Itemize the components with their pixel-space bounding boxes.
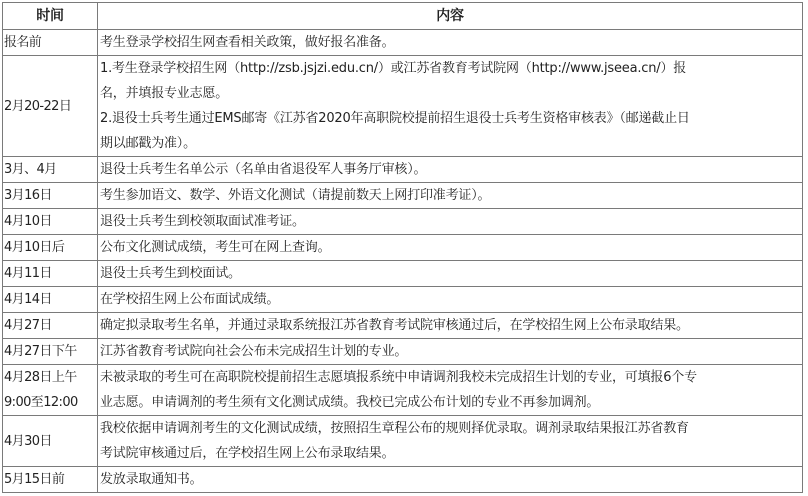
time-text: 9:00至12:00: [4, 390, 95, 415]
row-time: 4月27日: [3, 313, 98, 339]
row-content: 考生登录学校招生网查看相关政策，做好报名准备。: [98, 30, 803, 56]
table-row: 2月20-22日 1.考生登录学校招生网（http://zsb.jsjzi.ed…: [3, 56, 803, 157]
content-text: 退役士兵考生名单公示（名单由省退役军人事务厅审核）。: [100, 157, 800, 182]
admission-schedule-table: 时间 内容 报名前 考生登录学校招生网查看相关政策，做好报名准备。 2月20-2…: [2, 2, 803, 493]
table-row: 4月14日 在学校招生网上公布面试成绩。: [3, 287, 803, 313]
content-text: 公布文化测试成绩，考生可在网上查询。: [100, 235, 800, 260]
content-text: 期以邮戳为准）。: [100, 131, 800, 156]
header-time: 时间: [3, 3, 98, 30]
row-time: 4月10日后: [3, 235, 98, 261]
time-text: 4月10日: [4, 209, 95, 234]
content-text: 考生登录学校招生网查看相关政策，做好报名准备。: [100, 30, 800, 55]
content-text: 2.退役士兵考生通过EMS邮寄《江苏省2020年高职院校提前招生退役士兵考生资格…: [100, 106, 800, 131]
row-time: 5月15日前: [3, 467, 98, 493]
content-text: 退役士兵考生到校面试。: [100, 261, 800, 286]
table-row: 4月11日 退役士兵考生到校面试。: [3, 261, 803, 287]
row-content: 确定拟录取考生名单，并通过录取系统报江苏省教育考试院审核通过后，在学校招生网上公…: [98, 313, 803, 339]
content-text: 1.考生登录学校招生网（http://zsb.jsjzi.edu.cn/）或江苏…: [100, 56, 800, 81]
time-text: 报名前: [4, 30, 95, 55]
content-text: 在学校招生网上公布面试成绩。: [100, 287, 800, 312]
table-row: 4月10日后 公布文化测试成绩，考生可在网上查询。: [3, 235, 803, 261]
content-text: 名，并填报专业志愿。: [100, 81, 800, 106]
table-row: 4月27日下午 江苏省教育考试院向社会公布未完成招生计划的专业。: [3, 339, 803, 365]
time-text: 4月30日: [4, 429, 95, 454]
time-text: 4月11日: [4, 261, 95, 286]
row-content: 未被录取的考生可在高职院校提前招生志愿填报系统中申请调剂我校未完成招生计划的专业…: [98, 365, 803, 416]
content-text: 考试院审核通过后，在学校招生网上公布录取结果。: [100, 441, 800, 466]
content-text: 考生参加语文、数学、外语文化测试（请提前数天上网打印准考证）。: [100, 183, 800, 208]
header-content: 内容: [98, 3, 803, 30]
row-time: 3月、4月: [3, 157, 98, 183]
table-row: 3月16日 考生参加语文、数学、外语文化测试（请提前数天上网打印准考证）。: [3, 183, 803, 209]
time-text: 4月14日: [4, 287, 95, 312]
content-text: 我校依据申请调剂考生的文化测试成绩，按照招生章程公布的规则择优录取。调剂录取结果…: [100, 416, 800, 441]
table-row: 5月15日前 发放录取通知书。: [3, 467, 803, 493]
table-header-row: 时间 内容: [3, 3, 803, 30]
row-time: 4月10日: [3, 209, 98, 235]
table-row: 3月、4月 退役士兵考生名单公示（名单由省退役军人事务厅审核）。: [3, 157, 803, 183]
time-text: 5月15日前: [4, 467, 95, 492]
row-time: 4月14日: [3, 287, 98, 313]
time-text: 4月10日后: [4, 235, 95, 260]
table-row: 4月27日 确定拟录取考生名单，并通过录取系统报江苏省教育考试院审核通过后，在学…: [3, 313, 803, 339]
row-time: 报名前: [3, 30, 98, 56]
row-time: 4月27日下午: [3, 339, 98, 365]
row-content: 江苏省教育考试院向社会公布未完成招生计划的专业。: [98, 339, 803, 365]
row-content: 发放录取通知书。: [98, 467, 803, 493]
row-content: 考生参加语文、数学、外语文化测试（请提前数天上网打印准考证）。: [98, 183, 803, 209]
table-row: 4月28日上午 9:00至12:00 未被录取的考生可在高职院校提前招生志愿填报…: [3, 365, 803, 416]
table-row: 4月10日 退役士兵考生到校领取面试准考证。: [3, 209, 803, 235]
table-row: 4月30日 我校依据申请调剂考生的文化测试成绩，按照招生章程公布的规则择优录取。…: [3, 416, 803, 467]
row-time: 2月20-22日: [3, 56, 98, 157]
time-text: 3月、4月: [4, 157, 95, 182]
row-content: 退役士兵考生名单公示（名单由省退役军人事务厅审核）。: [98, 157, 803, 183]
content-text: 确定拟录取考生名单，并通过录取系统报江苏省教育考试院审核通过后，在学校招生网上公…: [100, 313, 800, 338]
time-text: 4月27日下午: [4, 339, 95, 364]
row-content: 我校依据申请调剂考生的文化测试成绩，按照招生章程公布的规则择优录取。调剂录取结果…: [98, 416, 803, 467]
content-text: 业志愿。申请调剂的考生须有文化测试成绩。我校已完成公布计划的专业不再参加调剂。: [100, 390, 800, 415]
row-time: 4月30日: [3, 416, 98, 467]
time-text: 4月28日上午: [4, 365, 95, 390]
content-text: 发放录取通知书。: [100, 467, 800, 492]
row-content: 退役士兵考生到校领取面试准考证。: [98, 209, 803, 235]
time-text: 2月20-22日: [4, 94, 95, 119]
table-row: 报名前 考生登录学校招生网查看相关政策，做好报名准备。: [3, 30, 803, 56]
time-text: 3月16日: [4, 183, 95, 208]
row-content: 退役士兵考生到校面试。: [98, 261, 803, 287]
content-text: 未被录取的考生可在高职院校提前招生志愿填报系统中申请调剂我校未完成招生计划的专业…: [100, 365, 800, 390]
content-text: 退役士兵考生到校领取面试准考证。: [100, 209, 800, 234]
row-time: 3月16日: [3, 183, 98, 209]
row-time: 4月11日: [3, 261, 98, 287]
row-content: 在学校招生网上公布面试成绩。: [98, 287, 803, 313]
content-text: 江苏省教育考试院向社会公布未完成招生计划的专业。: [100, 339, 800, 364]
time-text: 4月27日: [4, 313, 95, 338]
row-time: 4月28日上午 9:00至12:00: [3, 365, 98, 416]
row-content: 1.考生登录学校招生网（http://zsb.jsjzi.edu.cn/）或江苏…: [98, 56, 803, 157]
row-content: 公布文化测试成绩，考生可在网上查询。: [98, 235, 803, 261]
